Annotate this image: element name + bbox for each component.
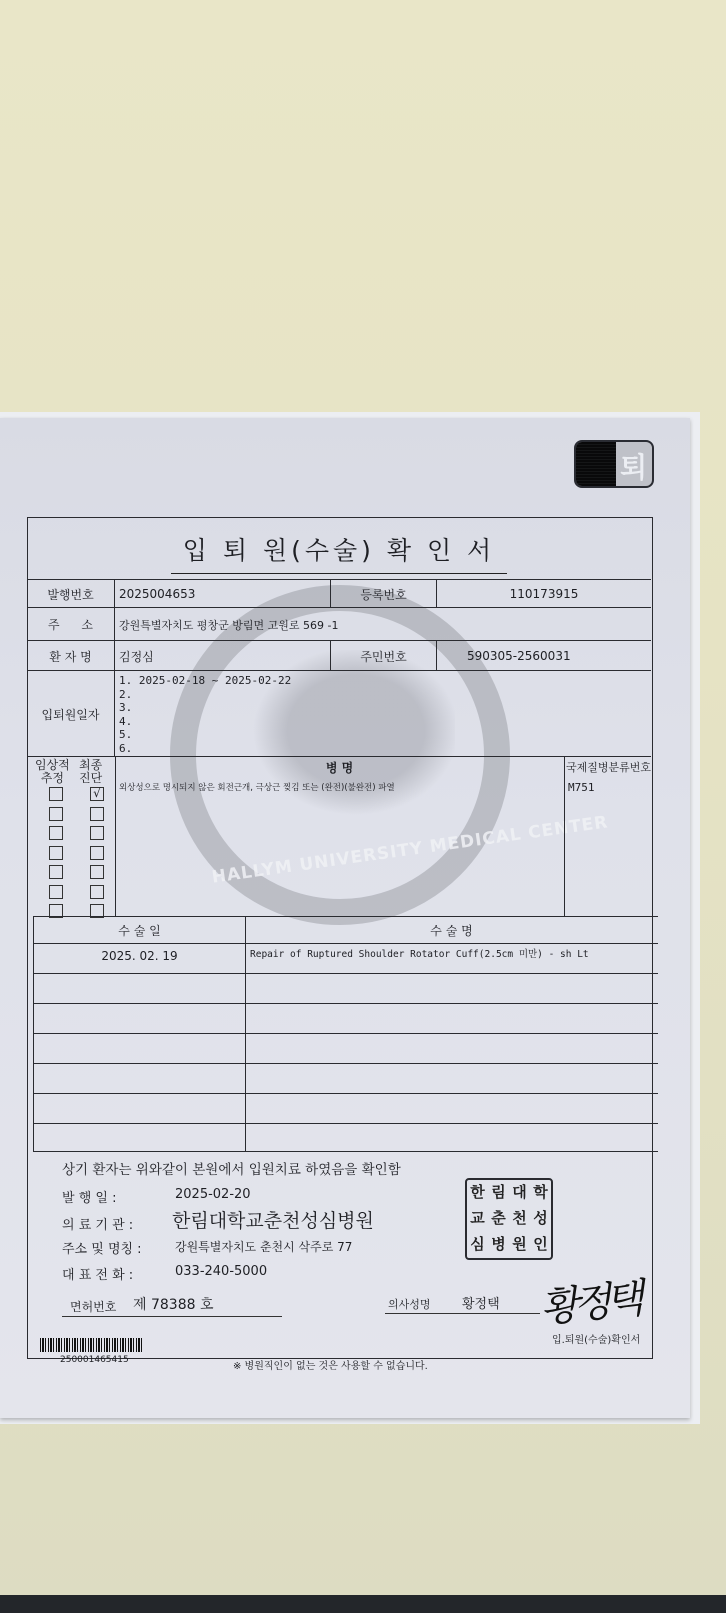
surgery-name-header: 수 술 명 [245,917,658,943]
final-diagnosis-checkbox[interactable] [90,885,104,899]
admission-period: 4. [119,715,291,729]
issue-no-label: 발행번호 [27,580,115,608]
rrn-value: 590305-2560031 [437,641,651,671]
clinical-estimate-checkbox[interactable] [49,807,63,821]
row-admission-dates: 입퇴원일자 1. 2025-02-18 ~ 2025-02-22 2. 3. 4… [27,670,651,757]
clinical-estimate-checkbox[interactable] [49,787,63,801]
seal-char: 병 [488,1232,509,1258]
institution-name: 한림대학교춘천성심병원 [172,1206,374,1233]
institution-address: 강원특별자치도 춘천시 삭주로 77 [175,1238,352,1255]
seal-char: 림 [488,1180,509,1206]
doctor-name: 황정택 [462,1293,500,1312]
hospital-seal-stamp: 한림대학교춘천성심병원인 [465,1178,553,1260]
barcode-number: 250001465415 [60,1355,129,1365]
issue-date: 2025-02-20 [175,1187,251,1202]
seal-char: 한 [467,1180,488,1206]
table-edge-shadow [0,1595,726,1613]
surgery-date: 2025. 02. 19 [34,949,245,963]
seal-char: 원 [509,1232,530,1258]
document-title: 입 퇴 원(수술) 확 인 서 [27,517,651,579]
phone-number: 033-240-5000 [175,1264,267,1279]
issue-no-value: 2025004653 [115,580,330,608]
license-underline [62,1316,282,1317]
confirmation-text: 상기 환자는 위와같이 본원에서 입원치료 하였음을 확인함 [62,1158,401,1178]
tab-glyph: 퇴 [620,446,647,486]
address-value: 강원특별자치도 평창군 방림면 고원로 569 -1 [115,608,651,641]
final-diagnosis-checkbox[interactable] [90,807,104,821]
tab-pattern [576,442,616,486]
admission-label: 입퇴원일자 [27,671,115,757]
address-label: 주 소 [27,608,115,641]
phone-label: 대 표 전 화 : [62,1264,133,1283]
seal-char: 대 [509,1180,530,1206]
institution-label: 의 료 기 관 : [62,1214,133,1233]
icd-code: M751 [568,781,595,794]
doctor-label: 의사성명 [388,1296,431,1312]
rrn-label: 주민번호 [330,641,437,671]
clinical-estimate-checkbox[interactable] [49,885,63,899]
surgery-row [34,1093,658,1124]
final-diagnosis-checkbox[interactable] [90,865,104,879]
reg-no-value: 110173915 [437,580,651,608]
final-diagnosis-checkbox[interactable]: √ [90,787,104,801]
doctor-underline [385,1313,540,1314]
seal-char: 교 [467,1206,488,1232]
surgery-row [34,1123,658,1154]
clinical-estimate-checkbox[interactable] [49,846,63,860]
final-diagnosis-checkbox[interactable] [90,826,104,840]
patient-name: 김정심 [115,641,330,671]
clinical-estimate-header: 임상적추정 [35,759,70,785]
diagnosis-header: 병 명 [115,759,564,776]
admission-period: 1. 2025-02-18 ~ 2025-02-22 [119,674,291,688]
admission-period: 5. [119,728,291,742]
admission-period: 6. [119,742,291,756]
surgery-row [34,973,658,1004]
icd-header: 국제질병분류번호 [566,759,651,775]
surgery-row [34,1063,658,1094]
reg-no-label: 등록번호 [330,580,437,608]
barcode [40,1338,144,1352]
surgery-table: 수 술 일 수 술 명 2025. 02. 19Repair of Ruptur… [33,916,658,1152]
surgery-name: Repair of Ruptured Shoulder Rotator Cuff… [250,946,589,960]
final-diagnosis-checkbox[interactable] [90,846,104,860]
seal-char: 인 [530,1232,551,1258]
patient-label: 환 자 명 [27,641,115,671]
row-diagnosis: 임상적추정 최종진단 √ 병 명 외상성으로 명시되지 않은 회전근개, 극상근… [27,756,651,917]
seal-notice: ※ 병원직인이 없는 것은 사용할 수 없습니다. [233,1357,428,1372]
seal-char: 춘 [488,1206,509,1232]
admission-period: 2. [119,688,291,702]
seal-char: 성 [530,1206,551,1232]
diagnosis-text: 외상성으로 명시되지 않은 회전근개, 극상근 찢김 또는 (완전)(불완전) … [119,781,395,793]
clinical-estimate-checkbox[interactable] [49,826,63,840]
row-patient: 환 자 명 김정심 주민번호 590305-2560031 [27,640,651,671]
surgery-row: 2025. 02. 19Repair of Ruptured Shoulder … [34,943,658,974]
surgery-row [34,1033,658,1064]
seal-char: 심 [467,1232,488,1258]
seal-char: 천 [509,1206,530,1232]
seal-char: 학 [530,1180,551,1206]
clinical-estimate-checkbox[interactable] [49,865,63,879]
surgery-date-header: 수 술 일 [34,917,245,943]
license-number: 제 78388 호 [133,1294,214,1314]
issue-date-label: 발 행 일 : [62,1187,116,1206]
admission-period: 3. [119,701,291,715]
row-issue-number: 발행번호 2025004653 등록번호 110173915 [27,579,651,608]
surgery-row [34,1003,658,1034]
row-address: 주 소 강원특별자치도 평창군 방림면 고원로 569 -1 [27,607,651,641]
index-tab: 퇴 [574,440,654,488]
final-diagnosis-header: 최종진단 [79,759,102,785]
institution-address-label: 주소 및 명칭 : [62,1238,142,1257]
license-label: 면허번호 [70,1298,116,1315]
doctor-signature: 황정택 [537,1267,640,1334]
admission-list: 1. 2025-02-18 ~ 2025-02-22 2. 3. 4. 5. 6… [119,674,291,755]
form-name: 입.퇴원(수술)확인서 [552,1331,640,1346]
